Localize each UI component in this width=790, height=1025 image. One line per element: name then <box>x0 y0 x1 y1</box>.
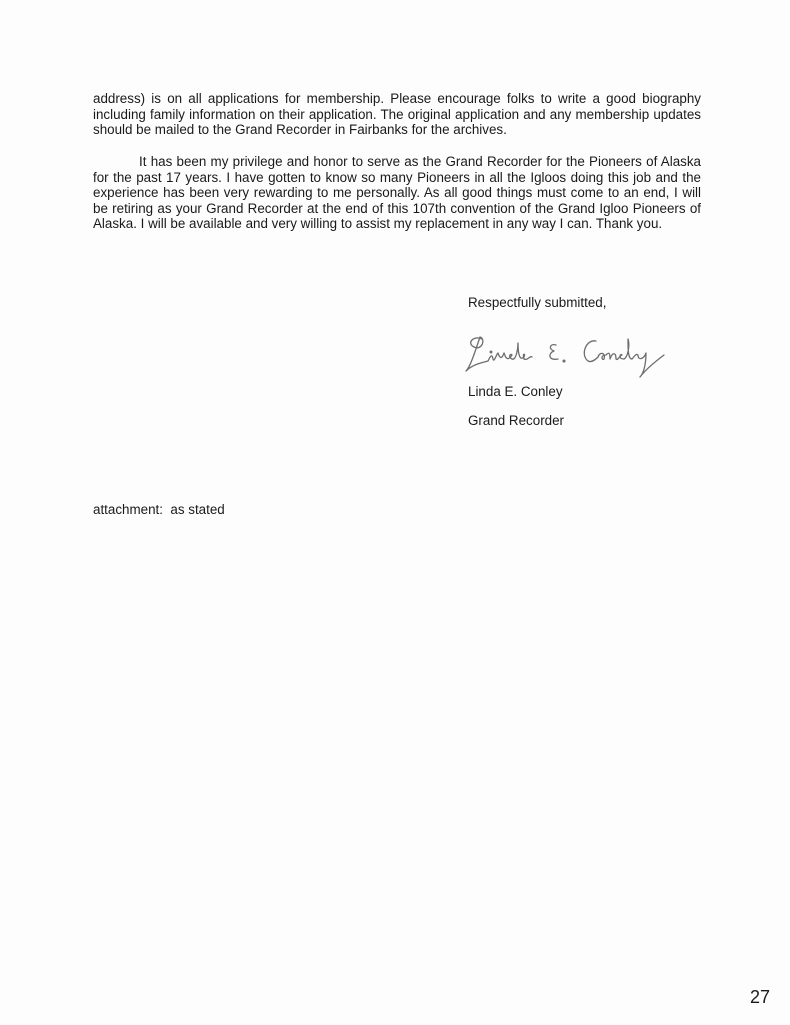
closing-line: Respectfully submitted, <box>468 295 606 311</box>
page-number: 27 <box>750 987 770 1007</box>
body-paragraph-1: address) is on all applications for memb… <box>93 91 701 138</box>
body-paragraph-2: It has been my privilege and honor to se… <box>93 154 701 232</box>
signer-title: Grand Recorder <box>468 413 564 429</box>
document-page: address) is on all applications for memb… <box>0 0 790 1025</box>
signer-name: Linda E. Conley <box>468 384 563 400</box>
handwritten-signature: Linda E. Conley <box>460 325 710 380</box>
attachment-note: attachment: as stated <box>93 502 225 518</box>
